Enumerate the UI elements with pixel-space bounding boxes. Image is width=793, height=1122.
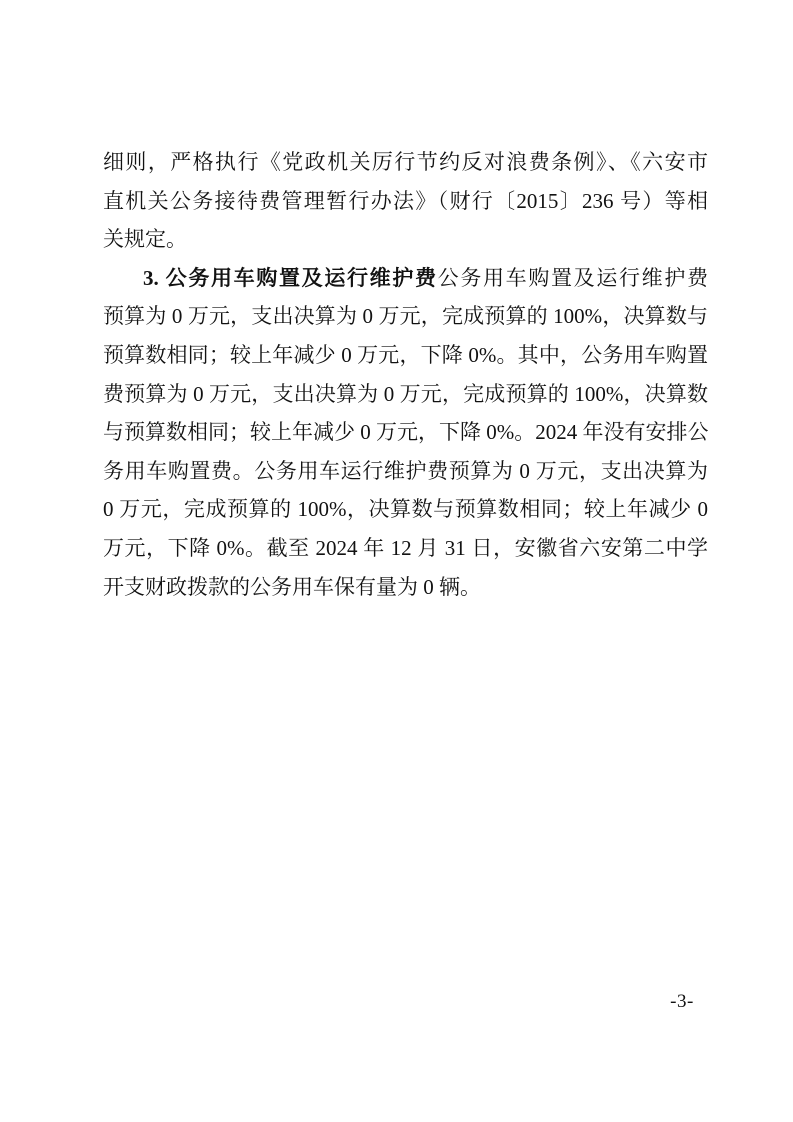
- text-line: 预算为 0 万元，支出决算为 0 万元，完成预算的 100%，决算数与: [103, 297, 708, 336]
- text-line: 费预算为 0 万元，支出决算为 0 万元，完成预算的 100%，决算数: [103, 375, 708, 414]
- text-line: 关规定。: [103, 220, 708, 259]
- paragraph2-heading: 3. 公务用车购置及运行维护费: [143, 266, 438, 290]
- text-line: 0 万元，完成预算的 100%，决算数与预算数相同；较上年减少 0: [103, 490, 708, 529]
- text-line: 开支财政拨款的公务用车保有量为 0 辆。: [103, 568, 708, 607]
- document-page: 细则，严格执行《党政机关厉行节约反对浪费条例》、《六安市 直机关公务接待费管理暂…: [0, 0, 793, 1122]
- text-line: 细则，严格执行《党政机关厉行节约反对浪费条例》、《六安市: [103, 143, 708, 182]
- document-body-text: 细则，严格执行《党政机关厉行节约反对浪费条例》、《六安市 直机关公务接待费管理暂…: [103, 143, 708, 606]
- paragraph2-first-line-rest: 公务用车购置及运行维护费: [438, 266, 708, 290]
- paragraph2-first-line: 3. 公务用车购置及运行维护费公务用车购置及运行维护费: [103, 259, 708, 298]
- text-line: 直机关公务接待费管理暂行办法》（财行〔2015〕236 号）等相: [103, 182, 708, 221]
- text-line: 预算数相同；较上年减少 0 万元，下降 0%。其中，公务用车购置: [103, 336, 708, 375]
- text-line: 与预算数相同；较上年减少 0 万元，下降 0%。2024 年没有安排公: [103, 413, 708, 452]
- text-line: 万元，下降 0%。截至 2024 年 12 月 31 日，安徽省六安第二中学: [103, 529, 708, 568]
- text-line: 务用车购置费。公务用车运行维护费预算为 0 万元，支出决算为: [103, 452, 708, 491]
- page-number: -3-: [650, 991, 714, 1013]
